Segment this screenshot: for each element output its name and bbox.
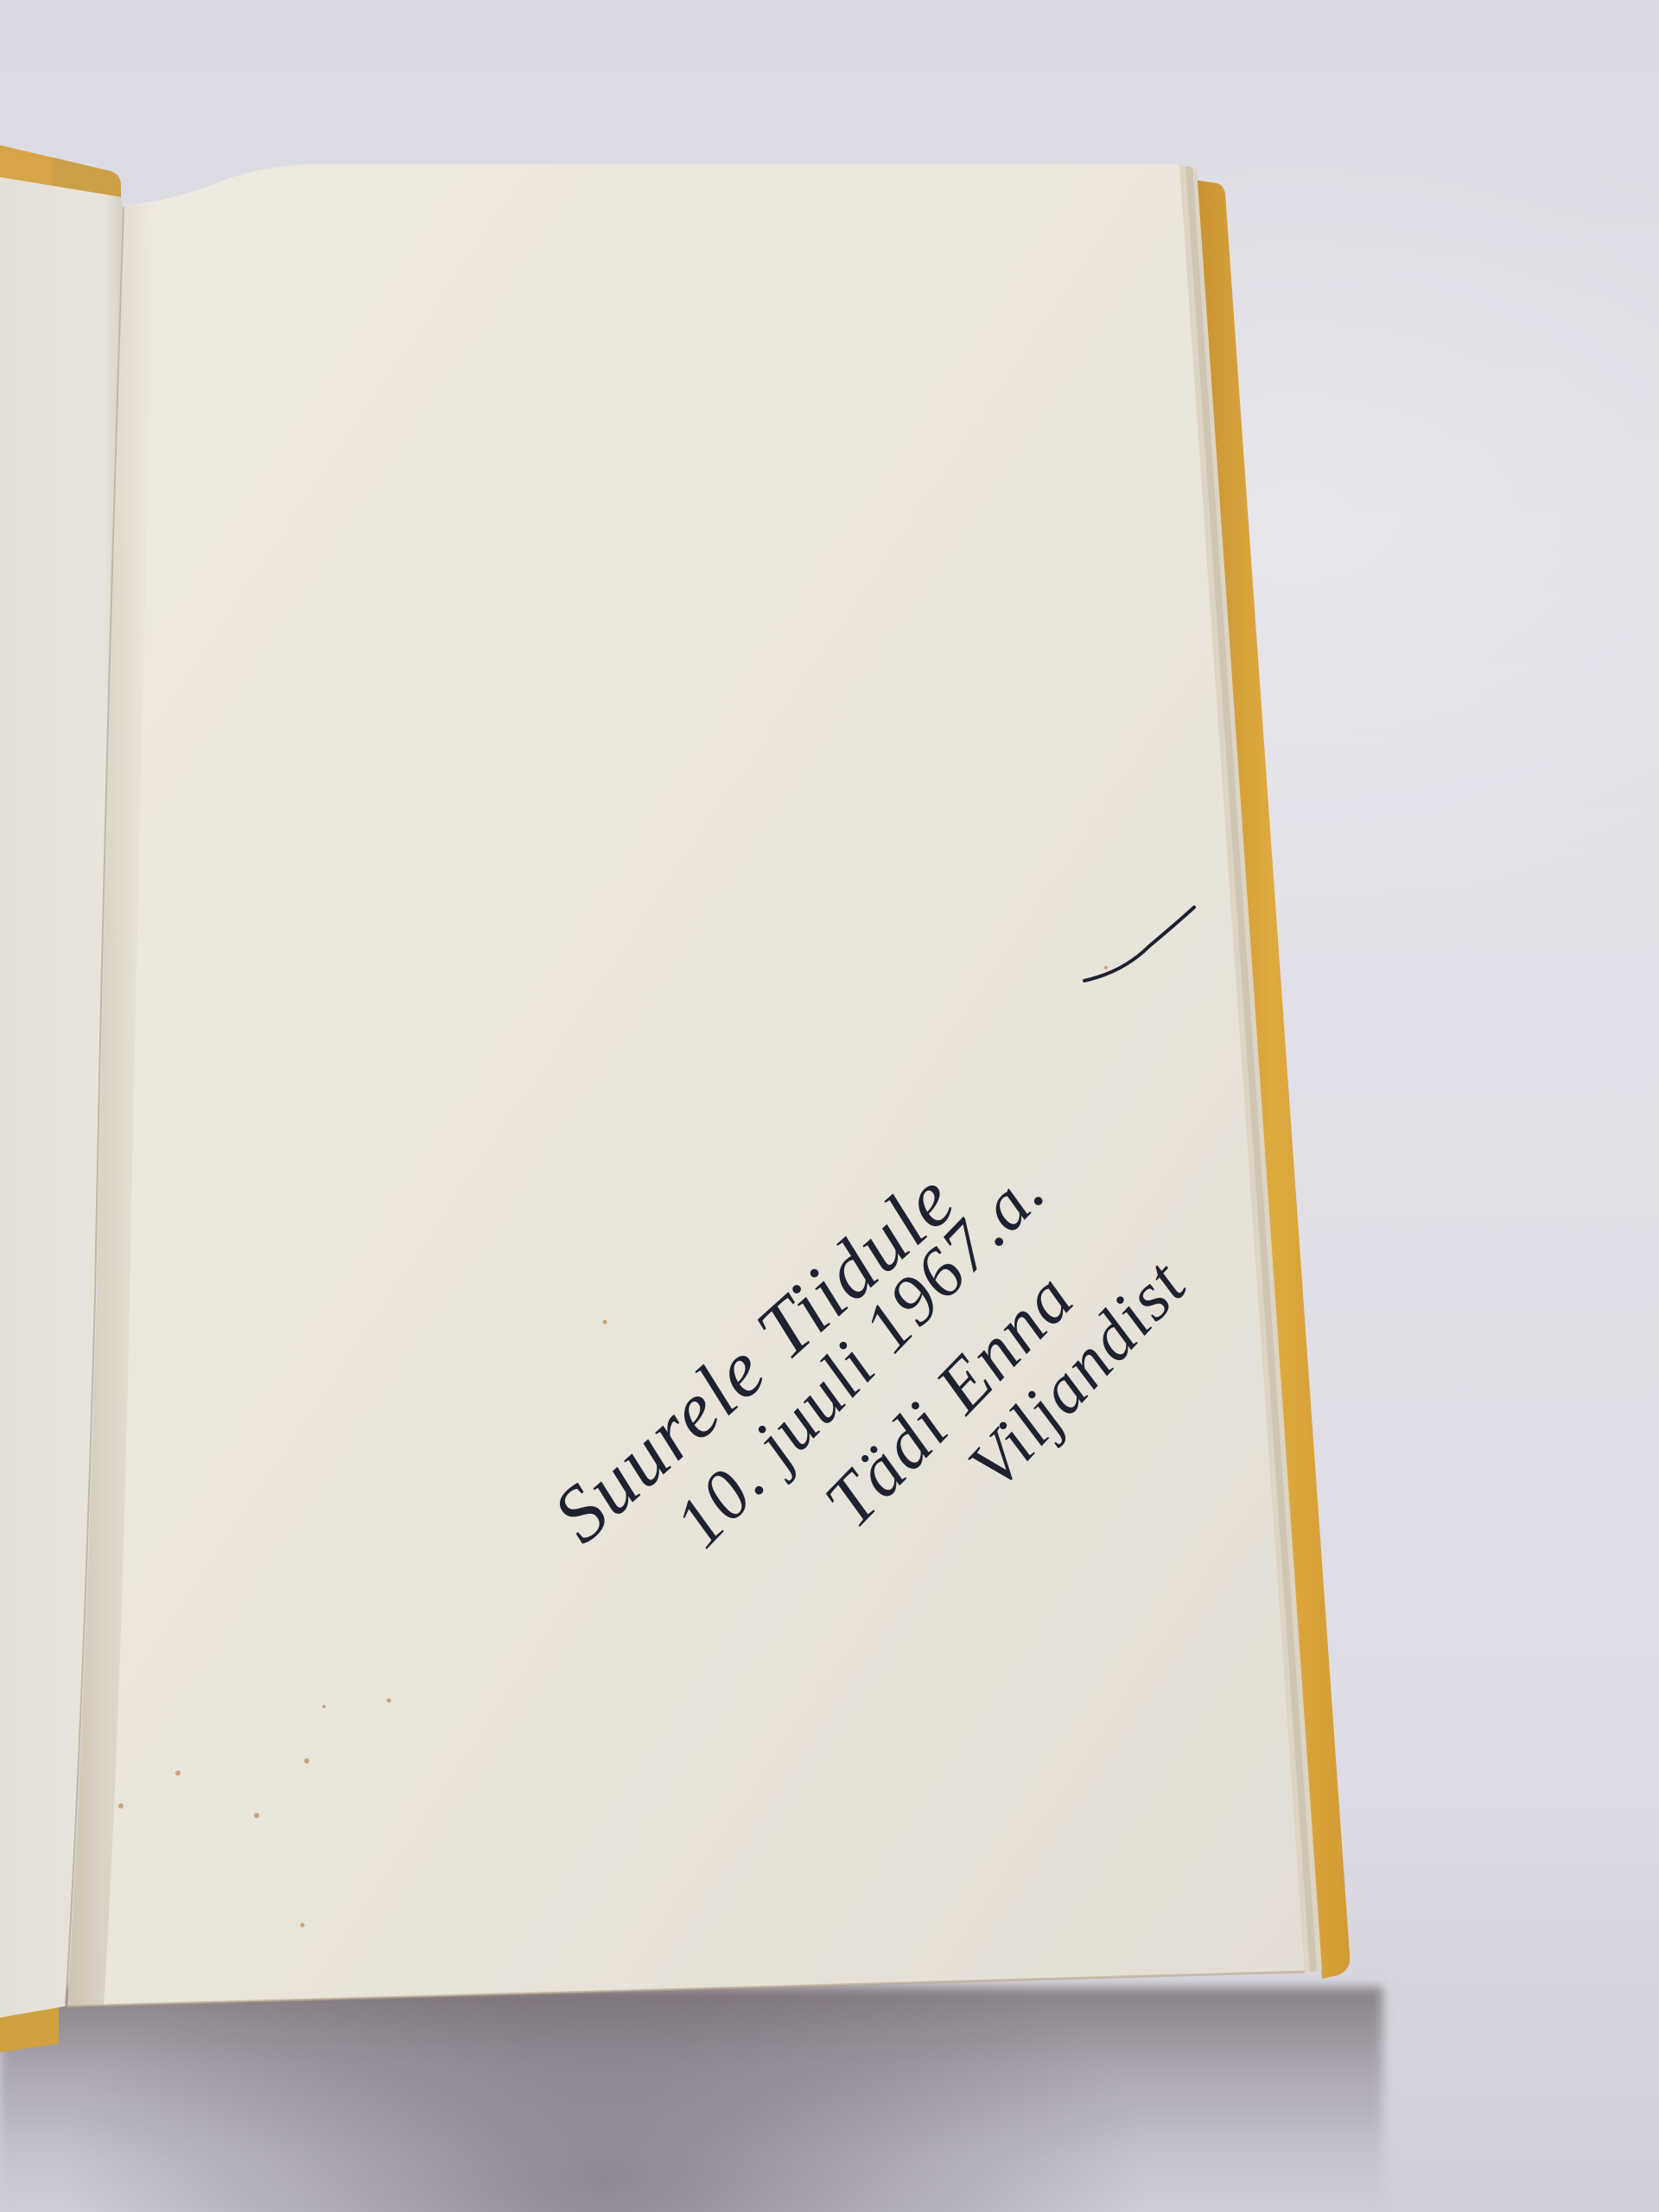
flyleaf-page	[67, 164, 1305, 2006]
book-illustration	[0, 0, 1659, 2212]
